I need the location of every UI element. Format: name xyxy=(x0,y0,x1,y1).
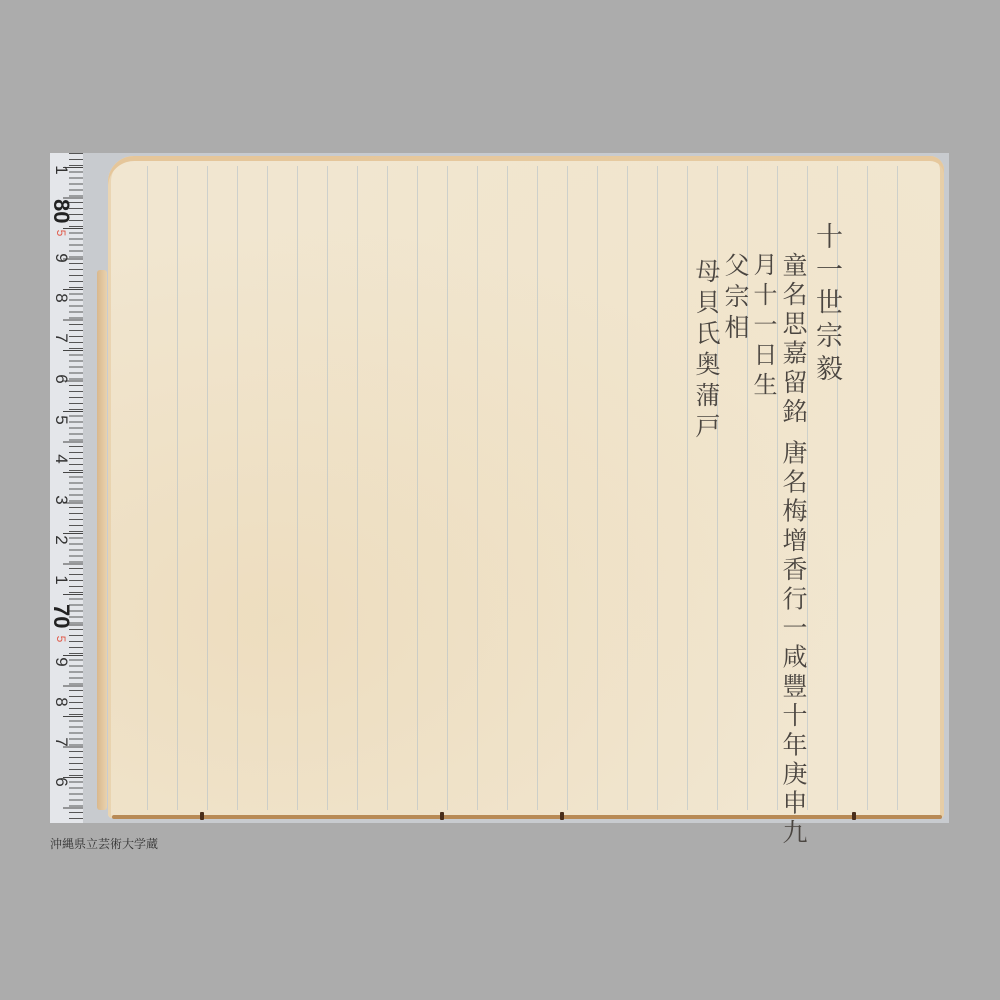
ruler-label: 5 xyxy=(54,630,68,648)
ruler-label: 70 xyxy=(50,604,74,622)
binding-stitch xyxy=(852,812,856,820)
binding-stitch xyxy=(440,812,444,820)
ruler-label: 6 xyxy=(51,773,71,791)
ruler-label: 8 xyxy=(51,693,71,711)
record-line-father: 父宗相 xyxy=(723,252,748,345)
binding-stitch xyxy=(200,812,204,820)
ruler-label: 5 xyxy=(54,224,68,242)
ruler-label: 1 xyxy=(51,571,71,589)
ruler-label: 7 xyxy=(51,733,71,751)
ruler-label: 80 xyxy=(50,199,74,217)
ruler-label: 5 xyxy=(51,411,71,429)
ruler-label: 2 xyxy=(51,531,71,549)
record-line-mother: 母貝氏奥蒲戸 xyxy=(694,258,719,444)
page-bottom-edge xyxy=(112,815,942,819)
ruler-label: 9 xyxy=(51,653,71,671)
ruler-label: 4 xyxy=(51,450,71,468)
ruler-label: 3 xyxy=(51,491,71,509)
record-title: 十一世宗毅 xyxy=(813,222,840,387)
ruler-label: 1 xyxy=(51,161,71,179)
measuring-ruler: 18059876543217059876 xyxy=(50,153,83,823)
ruler-label: 8 xyxy=(51,289,71,307)
ruler-label: 9 xyxy=(51,249,71,267)
record-line-childhood-name: 童名思嘉留銘 唐名梅增香行一咸豐十年庚申九 xyxy=(781,252,806,848)
collection-credit: 沖縄県立芸術大学蔵 xyxy=(50,835,158,852)
ruler-label: 7 xyxy=(51,329,71,347)
underlying-page-edge xyxy=(97,270,107,810)
record-line-birthdate: 月十一日生 xyxy=(751,252,775,402)
binding-stitch xyxy=(560,812,564,820)
ruler-label: 6 xyxy=(51,370,71,388)
